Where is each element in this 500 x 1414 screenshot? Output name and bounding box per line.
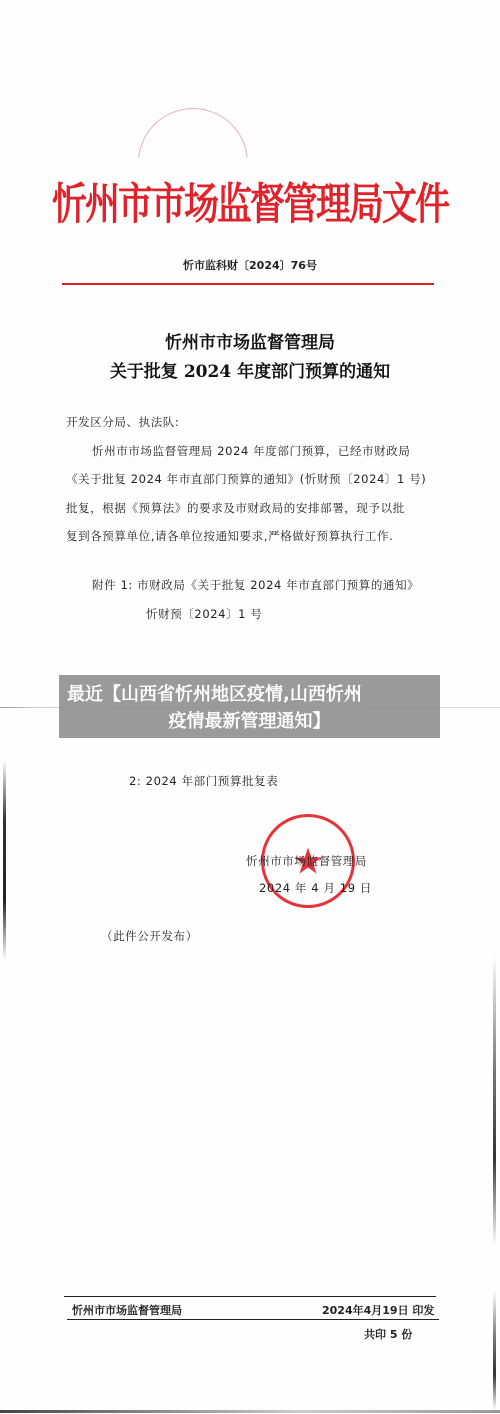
body-line-4: 复到各预算单位,请各单位按通知要求,严格做好预算执行工作. — [66, 528, 393, 544]
caption-line-2: 疫情最新管理通知】 — [59, 707, 440, 733]
caption-line-1: 最近【山西省忻州地区疫情,山西忻州 — [67, 680, 448, 706]
public-release-note: （此件公开发布） — [101, 928, 198, 944]
footer-issuer: 忻州市市场监督管理局 — [72, 1302, 182, 1318]
signature-organization: 忻州市市场监督管理局 — [246, 853, 367, 869]
attachment-1-line1: 附件 1: 市财政局《关于批复 2024 年市直部门预算的通知》 — [92, 577, 419, 593]
body-line-3: 批复，根据《预算法》的要求及市财政局的安排部署，现予以批 — [66, 500, 405, 516]
scan-edge-shadow — [3, 760, 6, 960]
footer-copies: 共印 5 份 — [364, 1326, 412, 1342]
document-title-line1: 忻州市市场监督管理局 — [0, 328, 500, 353]
caption-overlay: 最近【山西省忻州地区疫情,山西忻州 疫情最新管理通知】 — [59, 675, 440, 738]
document-title-line2: 关于批复 2024 年度部门预算的通知 — [0, 357, 500, 382]
footer-top-rule — [64, 1296, 436, 1297]
red-letterhead: 忻州市市场监督管理局文件 — [0, 170, 500, 233]
salutation: 开发区分局、执法队: — [66, 414, 179, 430]
scan-right-edge-bottom — [493, 1290, 496, 1410]
document-number: 忻市监科财〔2024〕76号 — [0, 257, 500, 273]
scan-right-edge — [493, 955, 496, 1245]
body-line-1: 忻州市市场监督管理局 2024 年度部门预算，已经市财政局 — [92, 443, 410, 459]
signature-date: 2024 年 4 月 19 日 — [259, 880, 372, 896]
body-line-2: 《关于批复 2024 年市直部门预算的通知》(忻财预〔2024〕1 号) — [66, 471, 426, 487]
red-divider-line — [62, 283, 434, 285]
attachment-1-line2: 忻财预〔2024〕1 号 — [146, 606, 262, 622]
footer-bottom-rule — [67, 1319, 439, 1320]
attachment-2: 2: 2024 年部门预算批复表 — [129, 773, 278, 789]
document-page: 忻州市市场监督管理局文件 忻市监科财〔2024〕76号 忻州市市场监督管理局 关… — [0, 0, 500, 1414]
scan-bottom-edge — [0, 1410, 500, 1413]
footer-issue-date: 2024年4月19日 印发 — [322, 1302, 434, 1318]
